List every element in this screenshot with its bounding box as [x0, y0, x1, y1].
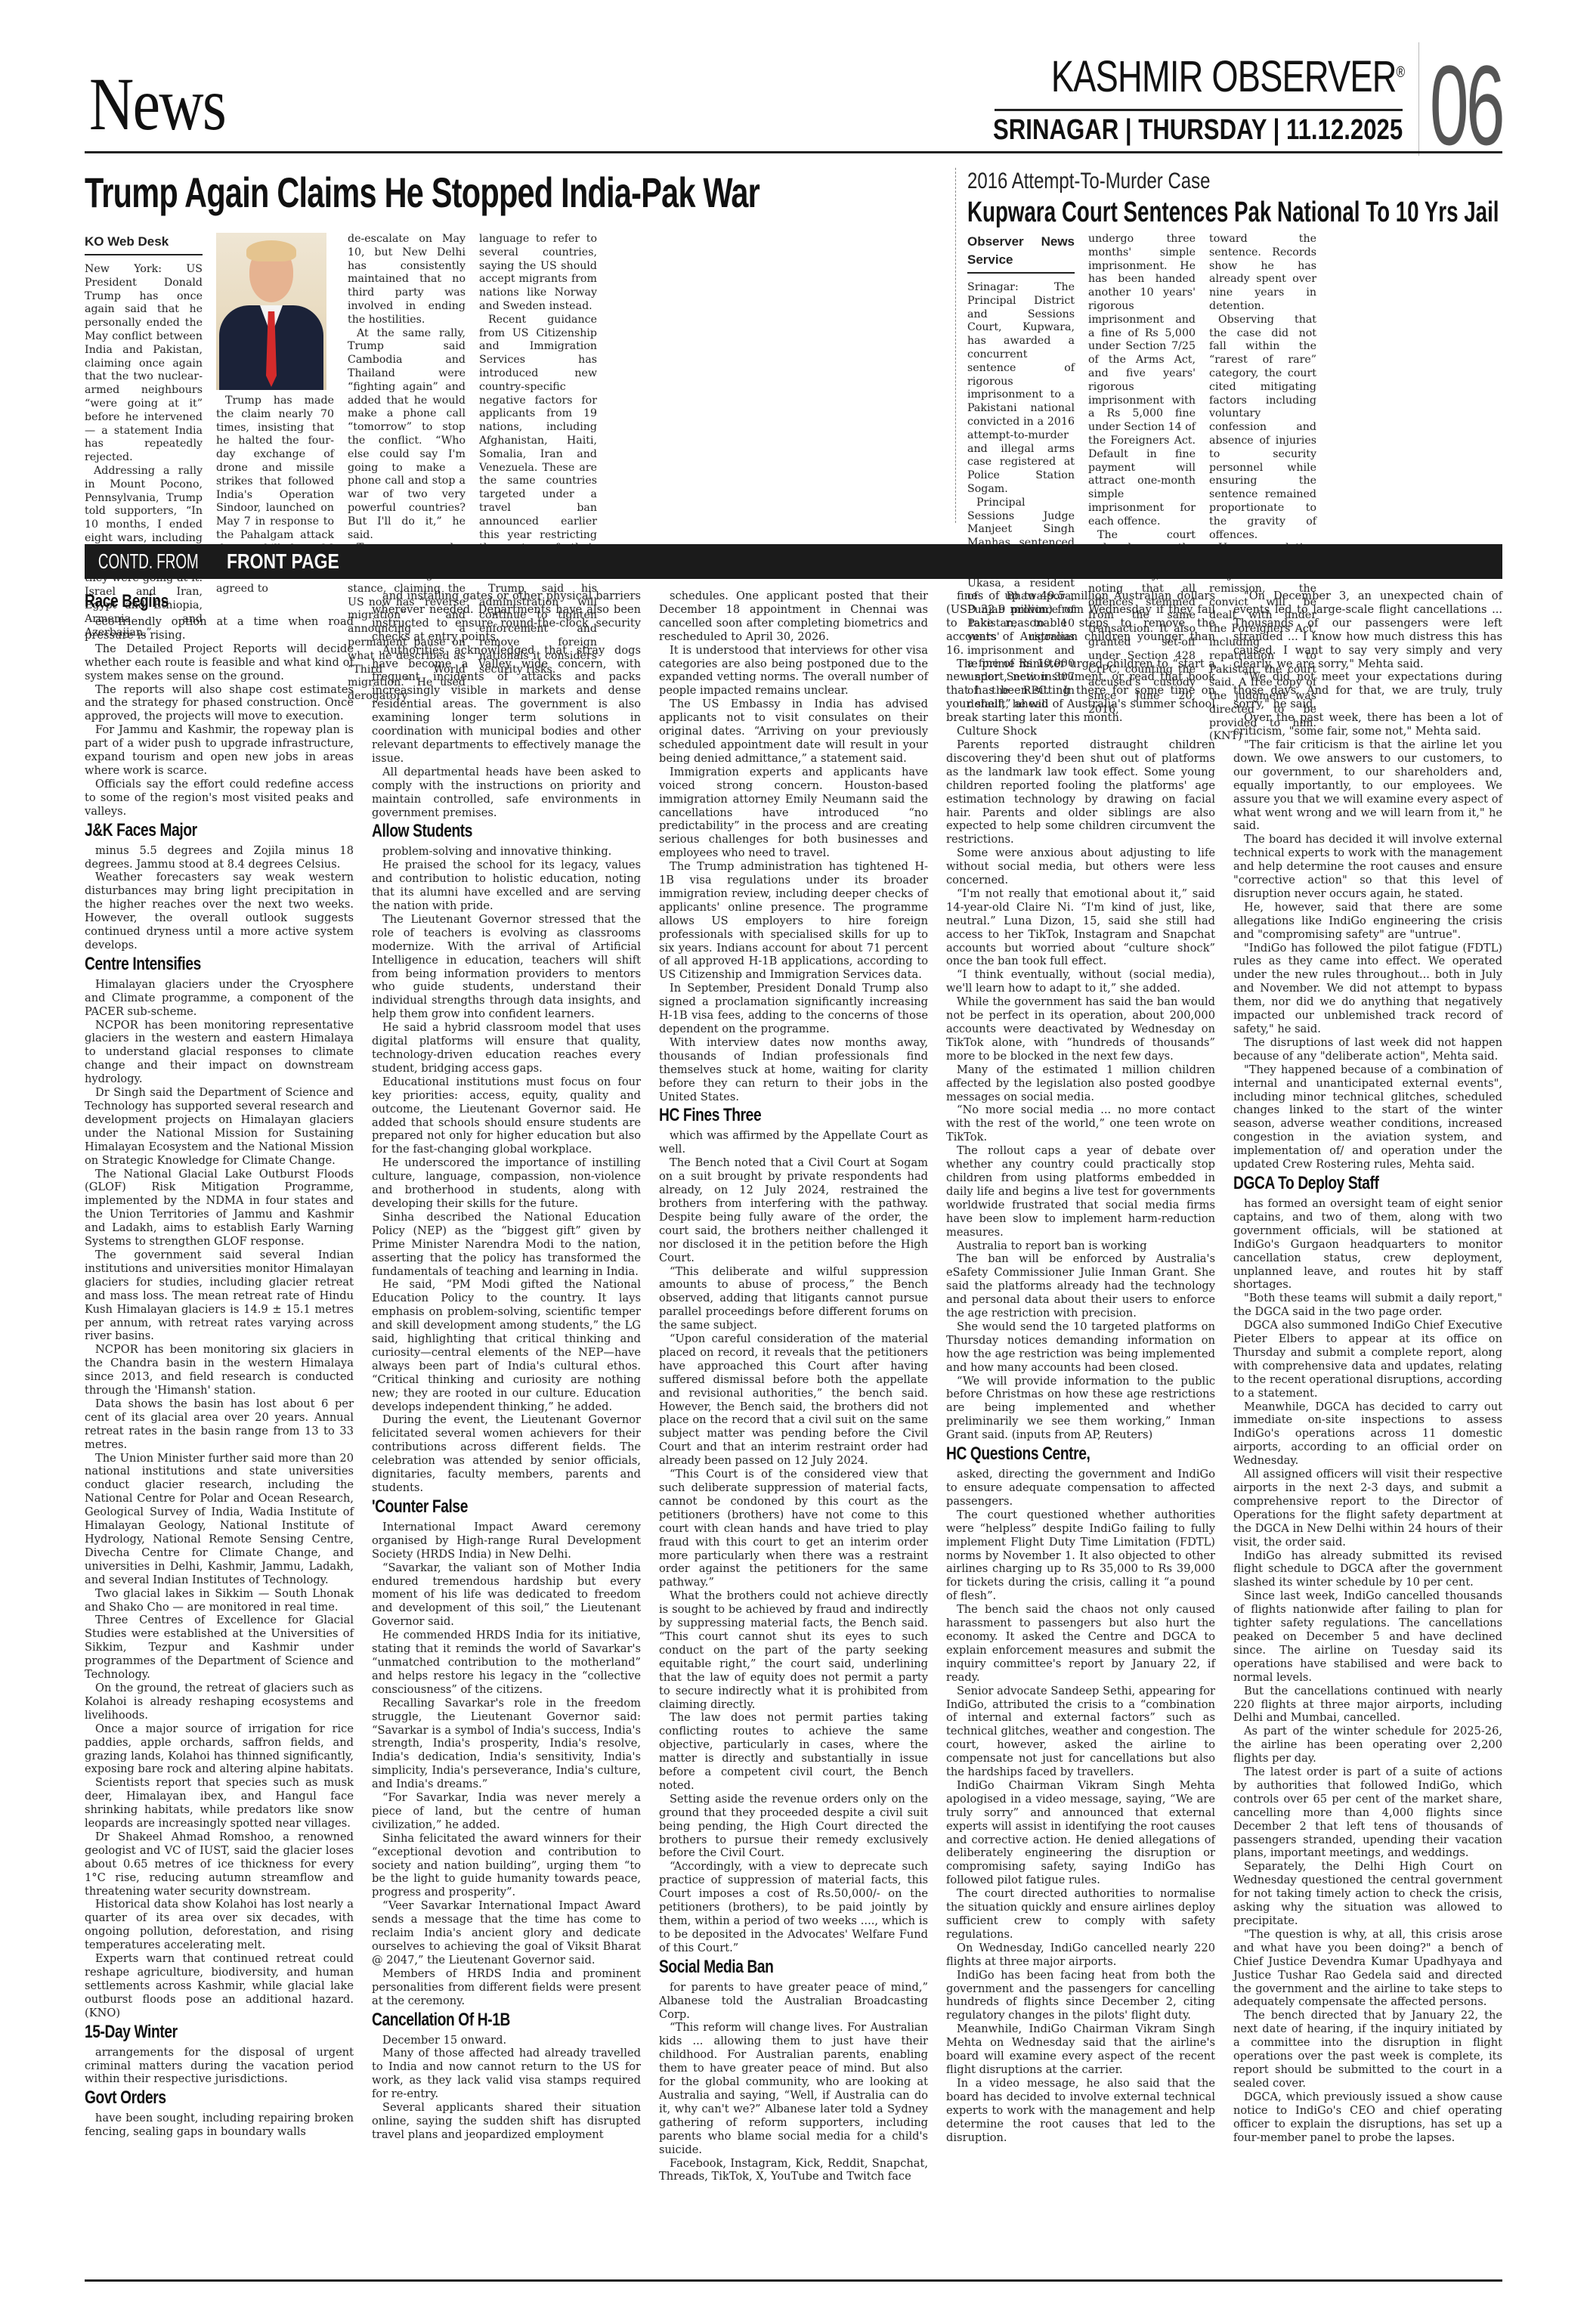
paragraph: Dr Singh said the Department of Science … [85, 1086, 354, 1167]
paragraph: He said a hybrid classroom model that us… [372, 1021, 641, 1075]
kicker: 2016 Attempt-To-Murder Case [967, 168, 1395, 195]
paragraph: "IndiGo has followed the pilot fatigue (… [1233, 942, 1502, 1036]
paragraph: Educational institutions must focus on f… [372, 1075, 641, 1156]
paragraph: eco-friendly option at a time when road … [85, 615, 354, 642]
paragraph: has formed an oversight team of eight se… [1233, 1197, 1502, 1292]
paragraph: “No more social media ... no more contac… [946, 1103, 1215, 1144]
paragraph: undergo three months' simple imprisonmen… [1088, 233, 1196, 529]
paragraph: The Union Minister further said more tha… [85, 1452, 354, 1587]
paragraph: The Bench noted that a Civil Court at So… [659, 1156, 928, 1264]
newspaper-page: News KASHMIR OBSERVER® SRINAGAR | THURSD… [85, 0, 1502, 2324]
paragraph: Officials say the effort could redefine … [85, 778, 354, 819]
paragraph: Members of HRDS India and prominent pers… [372, 1967, 641, 2008]
paragraph: On the ground, the retreat of glaciers s… [85, 1682, 354, 1722]
paragraph: “I'm not really that emotional about it,… [946, 887, 1215, 968]
paragraph: Data shows the basin has lost about 6 pe… [85, 1397, 354, 1452]
brand-divider [995, 109, 1403, 111]
paragraph: "We did not meet your expectations durin… [1233, 670, 1502, 711]
paragraph: The Detailed Project Reports will decide… [85, 642, 354, 683]
paragraph: The US Embassy in India has advised appl… [659, 698, 928, 766]
paragraph: "On December 3, an unexpected chain of e… [1233, 590, 1502, 670]
section-title: News [89, 67, 225, 142]
paragraph: Weather forecasters say weak western dis… [85, 871, 354, 952]
paragraph: Recalling Savarkar's role in the freedom… [372, 1697, 641, 1791]
continued-column: and installing gates or other physical b… [372, 590, 641, 2183]
paragraph: arrangements for the disposal of urgent … [85, 2046, 354, 2087]
paragraph: IndiGo has already submitted its revised… [1233, 1549, 1502, 1590]
paragraph: NCPOR has been monitoring six glaciers i… [85, 1343, 354, 1397]
paragraph: While the government has said the ban wo… [946, 995, 1215, 1063]
paragraph: “Upon careful consideration of the mater… [659, 1332, 928, 1468]
paragraph: In September, President Donald Trump als… [659, 982, 928, 1036]
continued-column: Race Beginseco-friendly option at a time… [85, 590, 354, 2183]
paragraph: The court questioned whether authorities… [946, 1509, 1215, 1603]
paragraph: Meanwhile, DGCA has decided to carry out… [1233, 1400, 1502, 1468]
paragraph: The rollout caps a year of debate over w… [946, 1144, 1215, 1239]
paragraph: During the event, the Lieutenant Governo… [372, 1413, 641, 1494]
section-heading: HC Questions Centre, [946, 1444, 1162, 1465]
paragraph: New York: US President Donald Trump has … [85, 263, 203, 465]
paragraph: Some were anxious about adjusting to lif… [946, 846, 1215, 887]
section-heading: Govt Orders [85, 2087, 300, 2109]
paragraph: He commended HRDS India for its initiati… [372, 1629, 641, 1697]
paragraph: minus 5.5 degrees and Zojila minus 18 de… [85, 844, 354, 871]
paragraph: problem-solving and innovative thinking. [372, 845, 641, 859]
paragraph: At the same rally, Trump said Cambodia a… [348, 327, 466, 543]
paragraph: He praised the school for its legacy, va… [372, 859, 641, 913]
byline: KO Web Desk [85, 233, 203, 255]
paragraph: Separately, the Delhi High Court on Wedn… [1233, 1860, 1502, 1928]
paragraph: Several applicants shared their situatio… [372, 2101, 641, 2142]
paragraph: She would send the 10 targeted platforms… [946, 1320, 1215, 1375]
paragraph: “I think eventually, without (social med… [946, 968, 1215, 995]
paragraph: The latest order is part of a suite of a… [1233, 1765, 1502, 1860]
continued-column: schedules. One applicant posted that the… [659, 590, 928, 2183]
byline: Observer News Service [967, 233, 1075, 274]
paragraph: All departmental heads have been asked t… [372, 766, 641, 820]
paragraph: “For Savarkar, India was never merely a … [372, 1791, 641, 1832]
banner-label: FRONT PAGE [227, 549, 339, 573]
paragraph: “Veer Savarkar International Impact Awar… [372, 1899, 641, 1967]
paragraph: Authorities acknowledged that stray dogs… [372, 644, 641, 766]
paragraph: Facebook, Instagram, Kick, Reddit, Snapc… [659, 2157, 928, 2184]
paragraph: “Savarkar, the valiant son of Mother Ind… [372, 1561, 641, 1629]
paragraph: The Lieutenant Governor stressed that th… [372, 913, 641, 1021]
paragraph: IndiGo Chairman Vikram Singh Mehta apolo… [946, 1779, 1215, 1887]
paragraph: The board has decided it will involve ex… [1233, 833, 1502, 901]
paragraph: Immigration experts and applicants have … [659, 766, 928, 860]
paragraph: Trump has made the claim nearly 70 times… [216, 395, 334, 569]
contd-front-page-banner: CONTD. FROM FRONT PAGE [85, 544, 1502, 579]
section-heading: HC Fines Three [659, 1105, 874, 1126]
paragraph: “Accordingly, with a view to deprecate s… [659, 1860, 928, 1954]
paragraph: Australia to report ban is working [946, 1239, 1215, 1253]
paragraph: He, however, said that there are some al… [1233, 901, 1502, 942]
paragraph: “This Court is of the considered view th… [659, 1468, 928, 1589]
story-trump: Trump Again Claims He Stopped India-Pak … [85, 166, 946, 529]
paragraph: It is understood that interviews for oth… [659, 644, 928, 698]
paragraph: Observing that the case did not fall wit… [1209, 314, 1316, 543]
masthead: News KASHMIR OBSERVER® SRINAGAR | THURSD… [85, 0, 1502, 154]
paragraph: Over the past week, there has been a lot… [1233, 711, 1502, 738]
paragraph: In a video message, he also said that th… [946, 2077, 1215, 2145]
headline-trump: Trump Again Claims He Stopped India-Pak … [85, 166, 722, 219]
paragraph: Many of the estimated 1 million children… [946, 1063, 1215, 1104]
story-kupwara: 2016 Attempt-To-Murder Case Kupwara Cour… [967, 168, 1502, 523]
continued-column: fines of up to 49.5 million Australian d… [946, 590, 1215, 2183]
section-heading: DGCA To Deploy Staff [1233, 1173, 1449, 1194]
headline-kupwara: Kupwara Court Sentences Pak National To … [967, 195, 1358, 230]
paragraph: "They happened because of a combination … [1233, 1063, 1502, 1171]
paragraph: Senior advocate Sandeep Sethi, appearing… [946, 1685, 1215, 1779]
masthead-separator [1418, 42, 1419, 156]
footer-rule [85, 2279, 1502, 2282]
paragraph: for parents to have greater peace of min… [659, 1981, 928, 2022]
paragraph: The prime minister urged children to “st… [946, 658, 1215, 726]
paragraph: "The question is why, at all, this crisi… [1233, 1928, 1502, 2009]
paragraph: Meanwhile, IndiGo Chairman Vikram Singh … [946, 2022, 1215, 2077]
paragraph: The disruptions of last week did not hap… [1233, 1036, 1502, 1063]
paragraph: He underscored the importance of instill… [372, 1156, 641, 1211]
paragraph: Scientists report that species such as m… [85, 1776, 354, 1830]
paragraph: As part of the winter schedule for 2025-… [1233, 1725, 1502, 1765]
paragraph: “We will provide information to the publ… [946, 1375, 1215, 1443]
continued-columns: Race Beginseco-friendly option at a time… [85, 590, 1502, 2183]
paragraph: and installing gates or other physical b… [372, 590, 641, 644]
banner-prefix: CONTD. FROM [92, 544, 199, 579]
paragraph: Two glacial lakes in Sikkim — South Lhon… [85, 1587, 354, 1614]
paragraph: “This reform will change lives. For Aust… [659, 2021, 928, 2156]
paragraph: asked, directing the government and Indi… [946, 1468, 1215, 1509]
paragraph: Experts warn that continued retreat coul… [85, 1952, 354, 2020]
paragraph: Three Centres of Excellence for Glacial … [85, 1614, 354, 1682]
paragraph: de-escalate on May 10, but New Delhi has… [348, 233, 466, 327]
paragraph: "The fair criticism is that the airline … [1233, 738, 1502, 833]
section-heading: 15-Day Winter [85, 2022, 300, 2043]
story-divider [955, 168, 956, 523]
paragraph: The reports will also shape cost estimat… [85, 683, 354, 724]
paragraph: Once a major source of irrigation for ri… [85, 1722, 354, 1777]
dateline: SRINAGAR | THURSDAY | 11.12.2025 [993, 113, 1403, 147]
section-heading: J&K Faces Major [85, 820, 300, 841]
paragraph: fines of up to 49.5 million Australian d… [946, 590, 1215, 658]
page-number: 06 [1430, 48, 1502, 162]
paragraph: For Jammu and Kashmir, the ropeway plan … [85, 723, 354, 778]
paragraph: Himalayan glaciers under the Cryosphere … [85, 978, 354, 1019]
paragraph: Culture Shock [946, 725, 1215, 738]
registered-icon: ® [1396, 64, 1404, 81]
paragraph: Sinha felicitated the award winners for … [372, 1832, 641, 1900]
paragraph: All assigned officers will visit their r… [1233, 1468, 1502, 1549]
paragraph: The National Glacial Lake Outburst Flood… [85, 1168, 354, 1249]
paragraph: But the cancellations continued with nea… [1233, 1685, 1502, 1725]
paragraph: “This deliberate and wilful suppression … [659, 1265, 928, 1333]
paragraph: The court directed authorities to normal… [946, 1887, 1215, 1942]
paragraph: The government said several Indian insti… [85, 1249, 354, 1343]
paragraph: IndiGo has been facing heat from both th… [946, 1969, 1215, 2023]
section-heading: 'Counter False [372, 1496, 587, 1518]
continued-column: "On December 3, an unexpected chain of e… [1233, 590, 1502, 2183]
brand-logo: KASHMIR OBSERVER® [1050, 54, 1404, 100]
paragraph: DGCA, which previously issued a show cau… [1233, 2090, 1502, 2145]
brand-name: KASHMIR OBSERVER [1050, 52, 1396, 101]
paragraph: toward the sentence. Records show he has… [1209, 233, 1316, 314]
paragraph: International Impact Award ceremony orga… [372, 1521, 641, 1561]
paragraph: "Both these teams will submit a daily re… [1233, 1292, 1502, 1319]
paragraph: which was affirmed by the Appellate Cour… [659, 1129, 928, 1156]
section-heading: Centre Intensifies [85, 954, 300, 975]
section-heading: Allow Students [372, 821, 587, 842]
paragraph: Parents reported distraught children dis… [946, 738, 1215, 846]
paragraph: December 15 onward. [372, 2034, 641, 2047]
paragraph: Historical data show Kolahoi has lost ne… [85, 1898, 354, 1952]
paragraph: The bench directed that by January 22, t… [1233, 2009, 1502, 2090]
paragraph: With interview dates now months away, th… [659, 1036, 928, 1104]
section-heading: Social Media Ban [659, 1957, 874, 1978]
paragraph: Many of those affected had already trave… [372, 2047, 641, 2101]
paragraph: schedules. One applicant posted that the… [659, 590, 928, 644]
paragraph: Srinagar: The Principal District and Ses… [967, 281, 1075, 497]
paragraph: Dr Shakeel Ahmad Romshoo, a renowned geo… [85, 1830, 354, 1899]
paragraph: NCPOR has been monitoring representative… [85, 1019, 354, 1087]
trump-photo [216, 233, 326, 390]
paragraph: On Wednesday, IndiGo cancelled nearly 22… [946, 1942, 1215, 1969]
paragraph: Setting aside the revenue orders only on… [659, 1793, 928, 1861]
paragraph: He said, “PM Modi gifted the National Ed… [372, 1278, 641, 1413]
paragraph: Sinha described the National Education P… [372, 1211, 641, 1279]
paragraph: The Trump administration has tightened H… [659, 860, 928, 982]
paragraph: have been sought, including repairing br… [85, 2112, 354, 2139]
paragraph: Recent guidance from US Citizenship and … [479, 314, 597, 583]
paragraph: Since last week, IndiGo cancelled thousa… [1233, 1589, 1502, 1684]
photo-hair-shape [246, 240, 296, 261]
paragraph: The ban will be enforced by Australia's … [946, 1252, 1215, 1320]
section-heading: Race Begins [85, 591, 300, 612]
paragraph: DGCA also summoned IndiGo Chief Executiv… [1233, 1319, 1502, 1400]
masthead-rule [85, 151, 1502, 153]
section-heading: Cancellation Of H-1B [372, 2010, 587, 2031]
paragraph: The bench said the chaos not only caused… [946, 1603, 1215, 1684]
paragraph: What the brothers could not achieve dire… [659, 1589, 928, 1711]
paragraph: The law does not permit parties taking c… [659, 1711, 928, 1792]
paragraph: language to refer to several countries, … [479, 233, 597, 314]
